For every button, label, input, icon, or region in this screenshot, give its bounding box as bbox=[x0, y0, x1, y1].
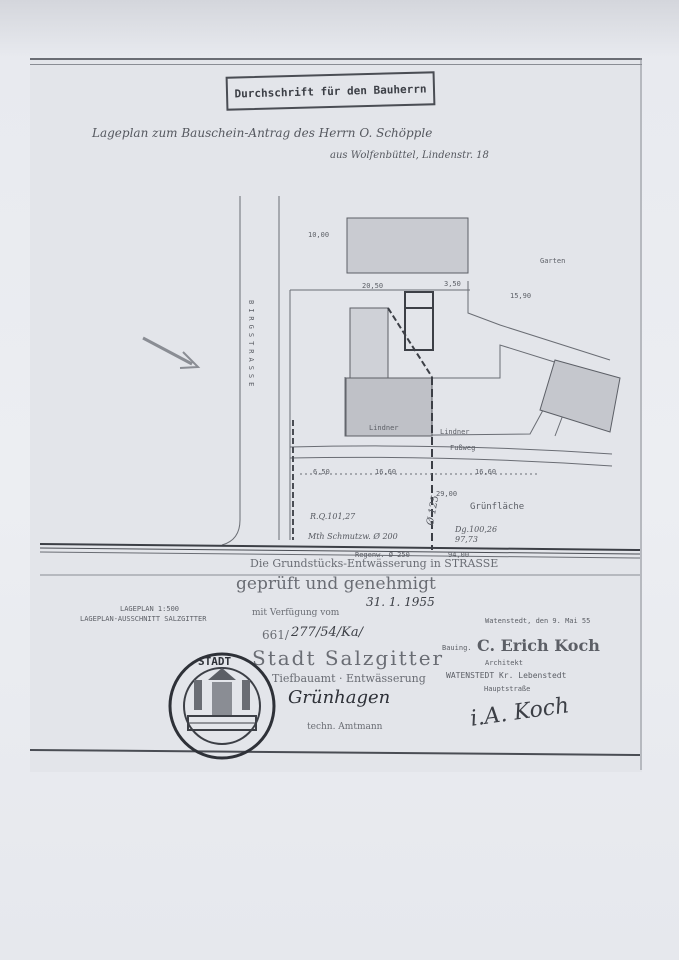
dimension: 3,50 bbox=[444, 280, 461, 288]
dimension: 15,90 bbox=[510, 292, 531, 300]
place-date: Watenstedt, den 9. Mai 55 bbox=[485, 617, 590, 625]
seal-text-top: STADT bbox=[198, 655, 231, 668]
survey-right: Dg.100,26 bbox=[455, 525, 497, 534]
approved-stamp: geprüft und genehmigt bbox=[236, 574, 436, 594]
garden-label: Garten bbox=[540, 257, 565, 265]
green-area-label: Grünfläche bbox=[470, 502, 524, 512]
authority-name: Stadt Salzgitter bbox=[252, 646, 444, 670]
neighbor-label: Lindner bbox=[369, 424, 399, 432]
file-number: 277/54/Ka/ bbox=[291, 625, 363, 640]
dimension: 16,60 bbox=[475, 468, 496, 476]
excerpt-text: LAGEPLAN-AUSSCHNITT SALZGITTER bbox=[80, 615, 206, 623]
architect-prefix: Bauing. bbox=[442, 644, 472, 652]
dimension: 10,00 bbox=[308, 231, 329, 239]
department-name: Tiefbauamt · Entwässerung bbox=[272, 672, 426, 685]
approval-date: 31. 1. 1955 bbox=[366, 595, 435, 609]
with-letter-text: mit Verfügung vom bbox=[252, 608, 339, 618]
survey-left: R.Q.101,27 bbox=[310, 512, 355, 521]
scale-text: LAGEPLAN 1:500 bbox=[120, 605, 179, 613]
neighbor-label: Lindner bbox=[440, 428, 470, 436]
sewer-label: Mth Schmutzw. Ø 200 bbox=[308, 532, 398, 541]
architect-name: C. Erich Koch bbox=[477, 636, 600, 655]
dimension: 6,50 bbox=[313, 468, 330, 476]
paper-background: Durchschrift für den Bauherrn Lageplan z… bbox=[0, 0, 679, 960]
official-signature: Grünhagen bbox=[288, 687, 390, 708]
official-title: techn. Amtmann bbox=[307, 722, 382, 732]
dimension: 16,60 bbox=[375, 468, 396, 476]
architect-address: WATENSTEDT Kr. Lebenstedt bbox=[446, 671, 566, 680]
survey-right-sub: 97,73 bbox=[455, 535, 478, 544]
dimension: 20,50 bbox=[362, 282, 383, 290]
site-plan-drawing bbox=[0, 0, 679, 960]
street-connection-text: Die Grundstücks-Entwässerung in STRASSE bbox=[250, 557, 498, 570]
architect-street: Hauptstraße bbox=[484, 685, 530, 693]
footpath-label: Fußweg bbox=[450, 444, 475, 452]
architect-title: Architekt bbox=[485, 659, 523, 667]
street-label: BIRGSTRASSE bbox=[247, 300, 255, 390]
file-number-prefix: 661/ bbox=[262, 628, 289, 642]
